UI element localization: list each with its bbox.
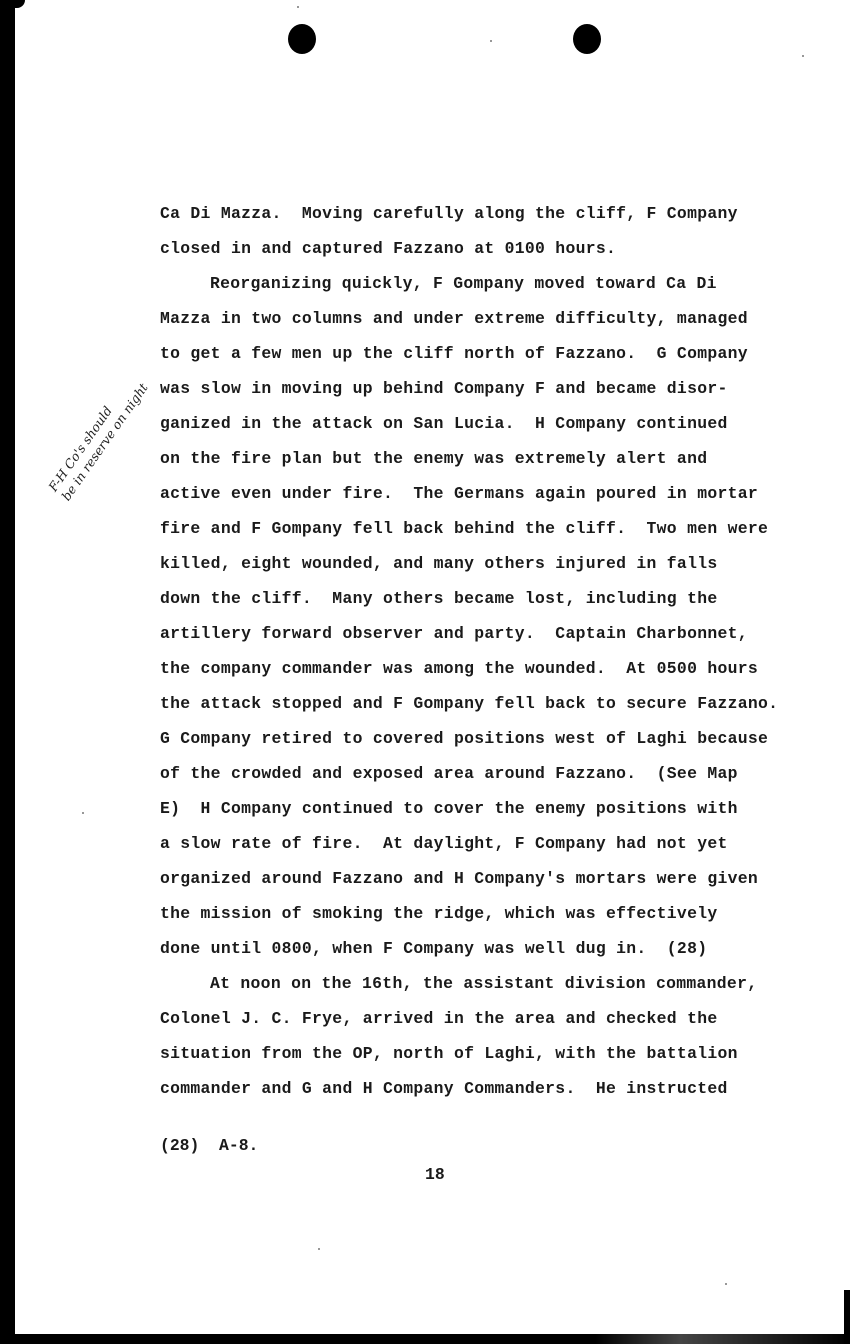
scan-speck <box>82 812 84 814</box>
text-line: to get a few men up the cliff north of F… <box>160 336 800 371</box>
margin-note-line: F-H Co's should <box>45 338 161 495</box>
text-line: Reorganizing quickly, F Gompany moved to… <box>160 266 800 301</box>
scan-speck <box>318 1248 320 1250</box>
text-line: done until 0800, when F Company was well… <box>160 931 800 966</box>
scan-border-bottom <box>0 1334 850 1344</box>
text-line: G Company retired to covered positions w… <box>160 721 800 756</box>
text-line: fire and F Gompany fell back behind the … <box>160 511 800 546</box>
text-line: organized around Fazzano and H Company's… <box>160 861 800 896</box>
text-line: At noon on the 16th, the assistant divis… <box>160 966 800 1001</box>
handwritten-margin-note: F-H Co's should be in reserve on night <box>45 338 174 504</box>
text-line: killed, eight wounded, and many others i… <box>160 546 800 581</box>
text-line: the attack stopped and F Gompany fell ba… <box>160 686 800 721</box>
text-line: down the cliff. Many others became lost,… <box>160 581 800 616</box>
footnote: (28) A-8. <box>160 1136 258 1155</box>
scan-border-left <box>0 0 15 1344</box>
text-line: Colonel J. C. Frye, arrived in the area … <box>160 1001 800 1036</box>
text-line: closed in and captured Fazzano at 0100 h… <box>160 231 800 266</box>
text-line: ganized in the attack on San Lucia. H Co… <box>160 406 800 441</box>
text-line: was slow in moving up behind Company F a… <box>160 371 800 406</box>
text-line: the company commander was among the woun… <box>160 651 800 686</box>
punch-hole-left <box>288 24 316 54</box>
scan-speck <box>490 40 492 42</box>
punch-hole-right <box>573 24 601 54</box>
text-line: Mazza in two columns and under extreme d… <box>160 301 800 336</box>
text-line: active even under fire. The Germans agai… <box>160 476 800 511</box>
text-line: the mission of smoking the ridge, which … <box>160 896 800 931</box>
text-line: of the crowded and exposed area around F… <box>160 756 800 791</box>
scan-border-corner <box>15 0 25 8</box>
document-body: Ca Di Mazza. Moving carefully along the … <box>160 196 800 1106</box>
page-number: 18 <box>425 1165 445 1184</box>
text-line: artillery forward observer and party. Ca… <box>160 616 800 651</box>
text-line: commander and G and H Company Commanders… <box>160 1071 800 1106</box>
scan-speck <box>297 6 299 8</box>
text-line: on the fire plan but the enemy was extre… <box>160 441 800 476</box>
text-line: Ca Di Mazza. Moving carefully along the … <box>160 196 800 231</box>
margin-note-line: be in reserve on night <box>58 347 174 504</box>
scan-border-right <box>844 1290 850 1344</box>
scan-speck <box>725 1283 727 1285</box>
scan-speck <box>802 55 804 57</box>
text-line: situation from the OP, north of Laghi, w… <box>160 1036 800 1071</box>
text-line: a slow rate of fire. At daylight, F Comp… <box>160 826 800 861</box>
text-line: E) H Company continued to cover the enem… <box>160 791 800 826</box>
